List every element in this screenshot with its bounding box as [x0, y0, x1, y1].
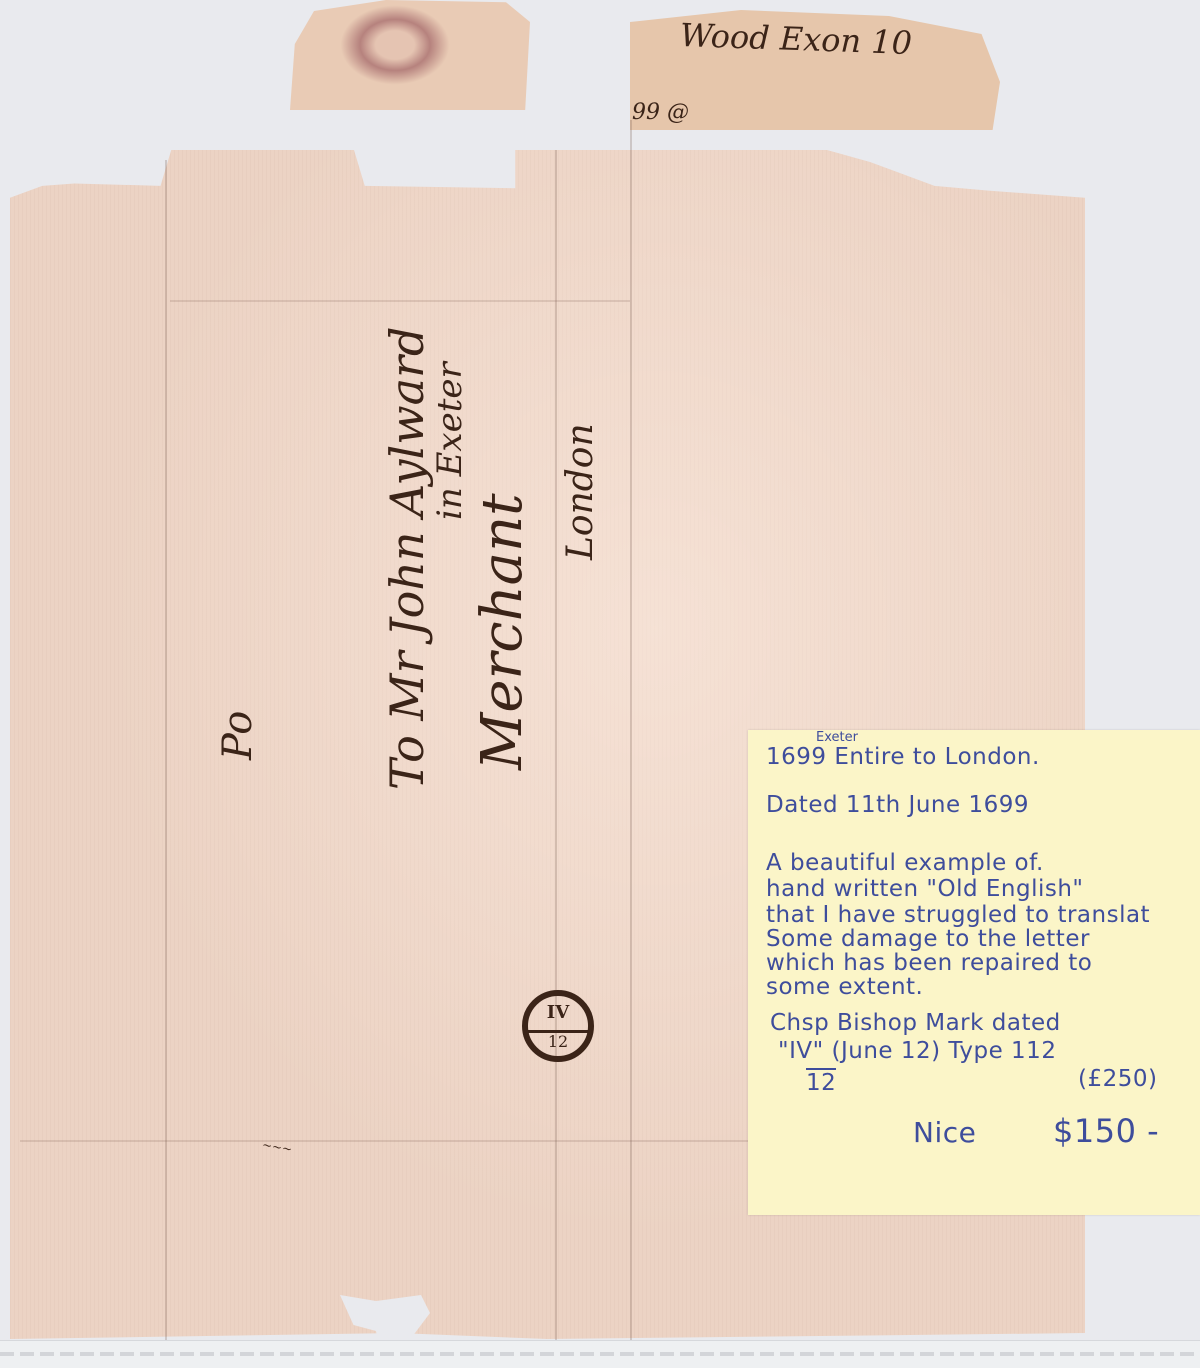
note-title: 1699 Entire to London. [766, 744, 1040, 770]
address-line-2: in Exeter [430, 362, 470, 520]
bishop-mark-postmark: IV 12 [522, 990, 594, 1062]
note-desc-line: that I have struggled to translat [766, 902, 1150, 928]
note-catalogue-value: (£250) [1078, 1066, 1157, 1092]
wax-seal-stain [340, 5, 450, 85]
docket-year: 99 @ [632, 100, 689, 125]
address-line-4: London [560, 423, 601, 560]
fold-line [630, 120, 632, 1340]
sticky-note: Exeter 1699 Entire to London. Dated 11th… [748, 730, 1200, 1215]
note-desc-line: some extent. [766, 974, 923, 1000]
note-date: Dated 11th June 1699 [766, 792, 1029, 818]
note-mark-denominator: 12 [806, 1068, 836, 1096]
fold-line [170, 300, 630, 302]
note-desc-line: hand written "Old English" [766, 876, 1084, 902]
bishop-mark-month: IV [528, 1002, 588, 1023]
docket-text: Wood Exon 10 [679, 16, 912, 62]
note-desc-line: A beautiful example of. [766, 850, 1044, 876]
address-line-1: To Mr John Aylward [380, 327, 434, 790]
note-insert-exeter: Exeter [816, 730, 858, 745]
note-desc-line: Some damage to the letter [766, 926, 1090, 952]
note-mark-line-2: "IV" (June 12) Type 112 [778, 1038, 1056, 1064]
fold-line [555, 150, 557, 1340]
address-line-3: Merchant [470, 493, 535, 770]
note-price: $150 - [1053, 1112, 1159, 1150]
note-mark-line-1: Chsp Bishop Mark dated [770, 1010, 1061, 1036]
sleeve-perforation [0, 1352, 1200, 1356]
bishop-mark-day: 12 [528, 1032, 588, 1051]
address-flourish: Po [215, 711, 261, 760]
note-desc-line: which has been repaired to [766, 950, 1092, 976]
note-rating: Nice [913, 1116, 976, 1149]
fold-line [165, 160, 167, 1340]
